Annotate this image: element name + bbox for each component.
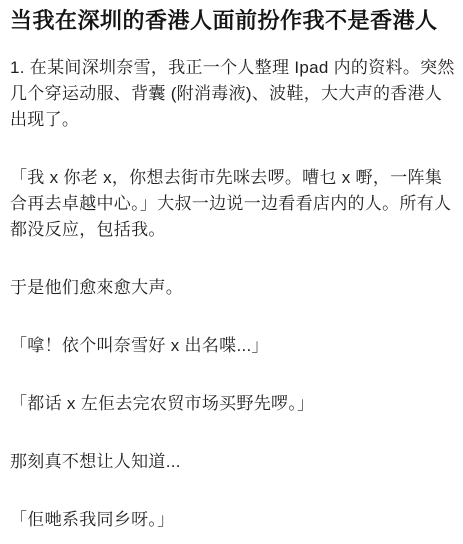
paragraph-2: 「我 x 你老 x，你想去街市先咪去啰。嘈乜 x 嘢，一阵集合再去卓越中心。」大… — [10, 165, 455, 243]
paragraph-7: 「佢哋系我同乡呀。」 — [10, 507, 455, 533]
paragraph-5: 「都话 x 左佢去完农贸市场买野先啰。」 — [10, 391, 455, 417]
article-body: 1. 在某间深圳奈雪，我正一个人整理 Ipad 内的资料。突然几个穿运动服、背囊… — [10, 55, 455, 533]
paragraph-3: 于是他们愈來愈大声。 — [10, 275, 455, 301]
page: { "page": { "background_color": "#ffffff… — [0, 0, 463, 544]
paragraph-4: 「嗱！依个叫奈雪好 x 出名喋...」 — [10, 333, 455, 359]
article: 当我在深圳的香港人面前扮作我不是香港人 1. 在某间深圳奈雪，我正一个人整理 I… — [0, 0, 463, 533]
paragraph-6: 那刻真不想让人知道... — [10, 449, 455, 475]
article-title: 当我在深圳的香港人面前扮作我不是香港人 — [10, 6, 455, 35]
paragraph-1: 1. 在某间深圳奈雪，我正一个人整理 Ipad 内的资料。突然几个穿运动服、背囊… — [10, 55, 455, 133]
